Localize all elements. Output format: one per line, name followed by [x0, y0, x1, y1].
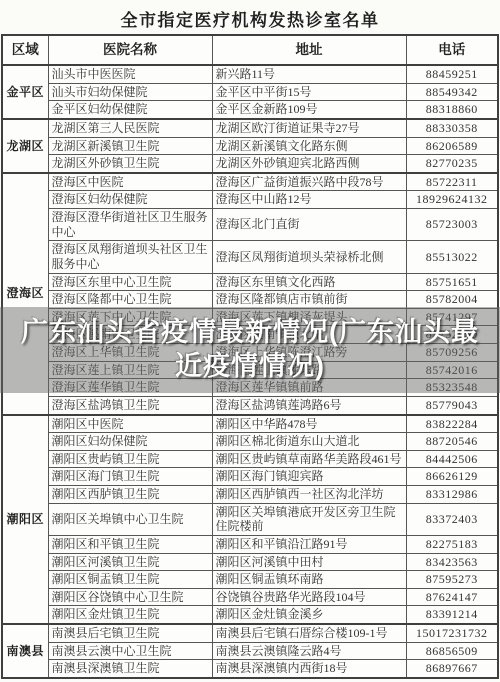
address-cell: 澄海区东里镇文化西路 — [212, 273, 406, 291]
phone-cell: 85779043 — [406, 396, 498, 414]
hospital-name-cell: 潮阳区金灶镇卫生院 — [48, 606, 212, 624]
table-row: 澄海区莲下中心卫生院澄海区莲下镇槐泽灰堤头85741297 — [2, 308, 498, 326]
hospital-name-cell: 汕头市妇幼保健院 — [48, 83, 212, 101]
table-row: 金平区汕头市中医医院新兴路11号88459251 — [2, 65, 498, 83]
phone-cell: 85751651 — [406, 273, 498, 291]
hospital-name-cell: 潮阳区西胪镇卫生院 — [48, 486, 212, 504]
address-cell: 澄海区莲华镇镇前路 — [212, 379, 406, 397]
table-row: 澄海区东里中心卫生院澄海区东里镇文化西路85751651 — [2, 273, 498, 291]
hospital-name-cell: 南澳县深澳镇卫生院 — [48, 660, 212, 678]
table-row: 潮阳区贵屿镇卫生院潮阳区贵屿镇草南路华美路段461号84442506 — [2, 450, 498, 468]
table-row: 南澳县云澳中心卫生院南澳县云澳镇隆云路4号86856509 — [2, 642, 498, 660]
table-row: 澄海区妇幼保健院澄海区中山路12号18929624132 — [2, 191, 498, 209]
phone-cell: 86856509 — [406, 642, 498, 660]
phone-cell: 86626129 — [406, 468, 498, 486]
hospital-name-cell: 潮阳区贵屿镇卫生院 — [48, 450, 212, 468]
address-cell: 南澳县深澳镇内西街18号 — [212, 660, 406, 678]
phone-cell: 88549342 — [406, 83, 498, 101]
hospital-name-cell: 龙湖区第三人民医院 — [48, 119, 212, 137]
address-cell: 南澳县后宅镇石厝综合楼109-1号 — [212, 624, 406, 642]
table-row: 龙湖区龙湖区第三人民医院龙湖区欧汀街道证果寺27号88330358 — [2, 119, 498, 137]
phone-cell: 83312986 — [406, 486, 498, 504]
table-row: 龙湖区新溪镇卫生院龙湖区新溪镇文化路东侧86206589 — [2, 137, 498, 155]
page-title: 全市指定医疗机构发热诊室名单 — [0, 6, 500, 31]
phone-cell: 85752050 — [406, 326, 498, 344]
document-page: 全市指定医疗机构发热诊室名单 区域 医院名称 地址 电话 金平区汕头市中医医院新… — [0, 6, 500, 682]
address-cell: 澄海区溪南镇银北路 — [212, 326, 406, 344]
phone-cell: 85723003 — [406, 209, 498, 241]
phone-cell: 88318860 — [406, 101, 498, 119]
hospital-name-cell: 潮阳区关埠镇中心卫生院 — [48, 503, 212, 535]
address-cell: 澄海区北门直街 — [212, 209, 406, 241]
table-row: 汕头市妇幼保健院金平区中平街15号88549342 — [2, 83, 498, 101]
hospital-name-cell: 南澳县后宅镇卫生院 — [48, 624, 212, 642]
address-cell: 金平区中平街15号 — [212, 83, 406, 101]
table-row: 龙湖区外砂镇卫生院龙湖区外砂镇迎宾北路西侧82770235 — [2, 155, 498, 173]
header-row: 区域 医院名称 地址 电话 — [2, 35, 498, 65]
address-cell: 潮阳区海门镇迎宾路 — [212, 468, 406, 486]
col-header-phone: 电话 — [406, 35, 498, 65]
phone-cell: 87624147 — [406, 588, 498, 606]
fever-clinic-table: 区域 医院名称 地址 电话 金平区汕头市中医医院新兴路11号88459251汕头… — [1, 34, 499, 679]
phone-cell: 85722311 — [406, 173, 498, 191]
hospital-name-cell: 潮阳区铜盂镇卫生院 — [48, 571, 212, 589]
address-cell: 澄海区中山路12号 — [212, 191, 406, 209]
district-cell: 潮阳区 — [2, 415, 48, 625]
table-row: 澄海区莲华镇卫生院澄海区莲华镇镇前路85323548 — [2, 379, 498, 397]
phone-cell: 84442506 — [406, 450, 498, 468]
table-row: 南澳县深澳镇卫生院南澳县深澳镇内西街18号86897667 — [2, 660, 498, 678]
table-row: 潮阳区铜盂镇卫生院潮阳区铜盂镇环南路87595273 — [2, 571, 498, 589]
phone-cell: 82770235 — [406, 155, 498, 173]
address-cell: 龙湖区新溪镇文化路东侧 — [212, 137, 406, 155]
address-cell: 龙湖区欧汀街道证果寺27号 — [212, 119, 406, 137]
phone-cell: 85323548 — [406, 379, 498, 397]
address-cell: 澄海区莲下镇槐泽灰堤头 — [212, 308, 406, 326]
table-row: 潮阳区妇幼保健院潮阳区棉北街道东山大道北88720546 — [2, 433, 498, 451]
district-cell: 金平区 — [2, 65, 48, 119]
phone-cell: 86206589 — [406, 137, 498, 155]
hospital-name-cell: 汕头市中医医院 — [48, 65, 212, 83]
hospital-name-cell: 澄海区莲上镇卫生院 — [48, 361, 212, 379]
table-row: 潮阳区西胪镇卫生院潮阳区西胪镇西一社区沟北洋坊83312986 — [2, 486, 498, 504]
table-row: 潮阳区关埠镇中心卫生院潮阳区关埠镇港底开发区旁卫生院住院楼前83372403 — [2, 503, 498, 535]
hospital-name-cell: 澄海区妇幼保健院 — [48, 191, 212, 209]
phone-cell: 18929624132 — [406, 191, 498, 209]
hospital-name-cell: 澄海区隆都中心卫生院 — [48, 291, 212, 309]
table-row: 南澳县南澳县后宅镇卫生院南澳县后宅镇石厝综合楼109-1号15017231732 — [2, 624, 498, 642]
phone-cell: 85742016 — [406, 361, 498, 379]
table-row: 澄海区隆都中心卫生院澄海区隆都镇店市镇前街85782004 — [2, 291, 498, 309]
phone-cell: 88330358 — [406, 119, 498, 137]
phone-cell: 85741297 — [406, 308, 498, 326]
table-row: 澄海区莲上镇卫生院澄海区莲上镇莲东路85742016 — [2, 361, 498, 379]
phone-cell: 82275183 — [406, 535, 498, 553]
hospital-name-cell: 金平区妇幼保健院 — [48, 101, 212, 119]
hospital-name-cell: 潮阳区河溪镇卫生院 — [48, 553, 212, 571]
phone-cell: 87595273 — [406, 571, 498, 589]
hospital-name-cell: 潮阳区海门镇卫生院 — [48, 468, 212, 486]
hospital-name-cell: 潮阳区中医院 — [48, 415, 212, 433]
address-cell: 澄海区广益街道振兴路中段78号 — [212, 173, 406, 191]
address-cell: 金平区金新路109号 — [212, 101, 406, 119]
table-row: 澄海区澄海区中医院澄海区广益街道振兴路中段78号85722311 — [2, 173, 498, 191]
phone-cell: 83423563 — [406, 553, 498, 571]
table-row: 澄海区上华镇卫生院澄海区上华镇陈澄江路旁85709256 — [2, 344, 498, 362]
hospital-name-cell: 澄海区澄华街道社区卫生服务中心 — [48, 209, 212, 241]
table-row: 潮阳区河溪镇卫生院潮阳区河溪镇中田村83423563 — [2, 553, 498, 571]
address-cell: 澄海区上华镇陈澄江路旁 — [212, 344, 406, 362]
phone-cell: 86897667 — [406, 660, 498, 678]
hospital-name-cell: 龙湖区外砂镇卫生院 — [48, 155, 212, 173]
table-row: 潮阳区和平镇卫生院潮阳区和平镇沿江路91号82275183 — [2, 535, 498, 553]
col-header-address: 地址 — [212, 35, 406, 65]
col-header-hospital: 医院名称 — [48, 35, 212, 65]
address-cell: 龙湖区外砂镇迎宾北路西侧 — [212, 155, 406, 173]
address-cell: 潮阳区铜盂镇环南路 — [212, 571, 406, 589]
hospital-name-cell: 澄海区盐鸿镇卫生院 — [48, 396, 212, 414]
address-cell: 澄海区盐鸿镇莲鸿路6号 — [212, 396, 406, 414]
table-row: 澄海区澄华街道社区卫生服务中心澄海区北门直街85723003 — [2, 209, 498, 241]
address-cell: 潮阳区中华路478号 — [212, 415, 406, 433]
address-cell: 潮阳区贵屿镇草南路华美路段461号 — [212, 450, 406, 468]
table-row: 潮阳区海门镇卫生院潮阳区海门镇迎宾路86626129 — [2, 468, 498, 486]
address-cell: 澄海区隆都镇店市镇前街 — [212, 291, 406, 309]
phone-cell: 83391214 — [406, 606, 498, 624]
table-row: 金平区妇幼保健院金平区金新路109号88318860 — [2, 101, 498, 119]
address-cell: 潮阳区和平镇沿江路91号 — [212, 535, 406, 553]
address-cell: 新兴路11号 — [212, 65, 406, 83]
address-cell: 潮阳区金灶镇金溪乡 — [212, 606, 406, 624]
address-cell: 澄海区凤翔街道坝头荣禄桥北侧 — [212, 241, 406, 273]
hospital-name-cell: 龙湖区新溪镇卫生院 — [48, 137, 212, 155]
phone-cell: 88459251 — [406, 65, 498, 83]
hospital-name-cell: 南澳县云澳中心卫生院 — [48, 642, 212, 660]
phone-cell: 15017231732 — [406, 624, 498, 642]
hospital-name-cell: 澄海区溪南镇卫生院 — [48, 326, 212, 344]
hospital-name-cell: 澄海区莲华镇卫生院 — [48, 379, 212, 397]
address-cell: 谷饶镇谷贵路华光路段104号 — [212, 588, 406, 606]
address-cell: 澄海区莲上镇莲东路 — [212, 361, 406, 379]
table-row: 潮阳区谷饶镇中心卫生院谷饶镇谷贵路华光路段104号87624147 — [2, 588, 498, 606]
phone-cell: 88720546 — [406, 433, 498, 451]
hospital-name-cell: 澄海区莲下中心卫生院 — [48, 308, 212, 326]
address-cell: 潮阳区河溪镇中田村 — [212, 553, 406, 571]
table-row: 澄海区溪南镇卫生院澄海区溪南镇银北路85752050 — [2, 326, 498, 344]
phone-cell: 83372403 — [406, 503, 498, 535]
table-row: 澄海区凤翔街道坝头社区卫生服务中心澄海区凤翔街道坝头荣禄桥北侧85513022 — [2, 241, 498, 273]
address-cell: 南澳县云澳镇隆云路4号 — [212, 642, 406, 660]
hospital-name-cell: 澄海区上华镇卫生院 — [48, 344, 212, 362]
phone-cell: 83822284 — [406, 415, 498, 433]
hospital-name-cell: 澄海区凤翔街道坝头社区卫生服务中心 — [48, 241, 212, 273]
hospital-name-cell: 潮阳区妇幼保健院 — [48, 433, 212, 451]
phone-cell: 85782004 — [406, 291, 498, 309]
table-row: 潮阳区潮阳区中医院潮阳区中华路478号83822284 — [2, 415, 498, 433]
table-row: 潮阳区金灶镇卫生院潮阳区金灶镇金溪乡83391214 — [2, 606, 498, 624]
address-cell: 潮阳区西胪镇西一社区沟北洋坊 — [212, 486, 406, 504]
phone-cell: 85513022 — [406, 241, 498, 273]
phone-cell: 85709256 — [406, 344, 498, 362]
district-cell: 澄海区 — [2, 173, 48, 415]
table-row: 澄海区盐鸿镇卫生院澄海区盐鸿镇莲鸿路6号85779043 — [2, 396, 498, 414]
address-cell: 潮阳区棉北街道东山大道北 — [212, 433, 406, 451]
col-header-district: 区域 — [2, 35, 48, 65]
hospital-name-cell: 澄海区中医院 — [48, 173, 212, 191]
address-cell: 潮阳区关埠镇港底开发区旁卫生院住院楼前 — [212, 503, 406, 535]
hospital-name-cell: 澄海区东里中心卫生院 — [48, 273, 212, 291]
hospital-name-cell: 潮阳区谷饶镇中心卫生院 — [48, 588, 212, 606]
district-cell: 南澳县 — [2, 624, 48, 678]
hospital-name-cell: 潮阳区和平镇卫生院 — [48, 535, 212, 553]
district-cell: 龙湖区 — [2, 119, 48, 173]
